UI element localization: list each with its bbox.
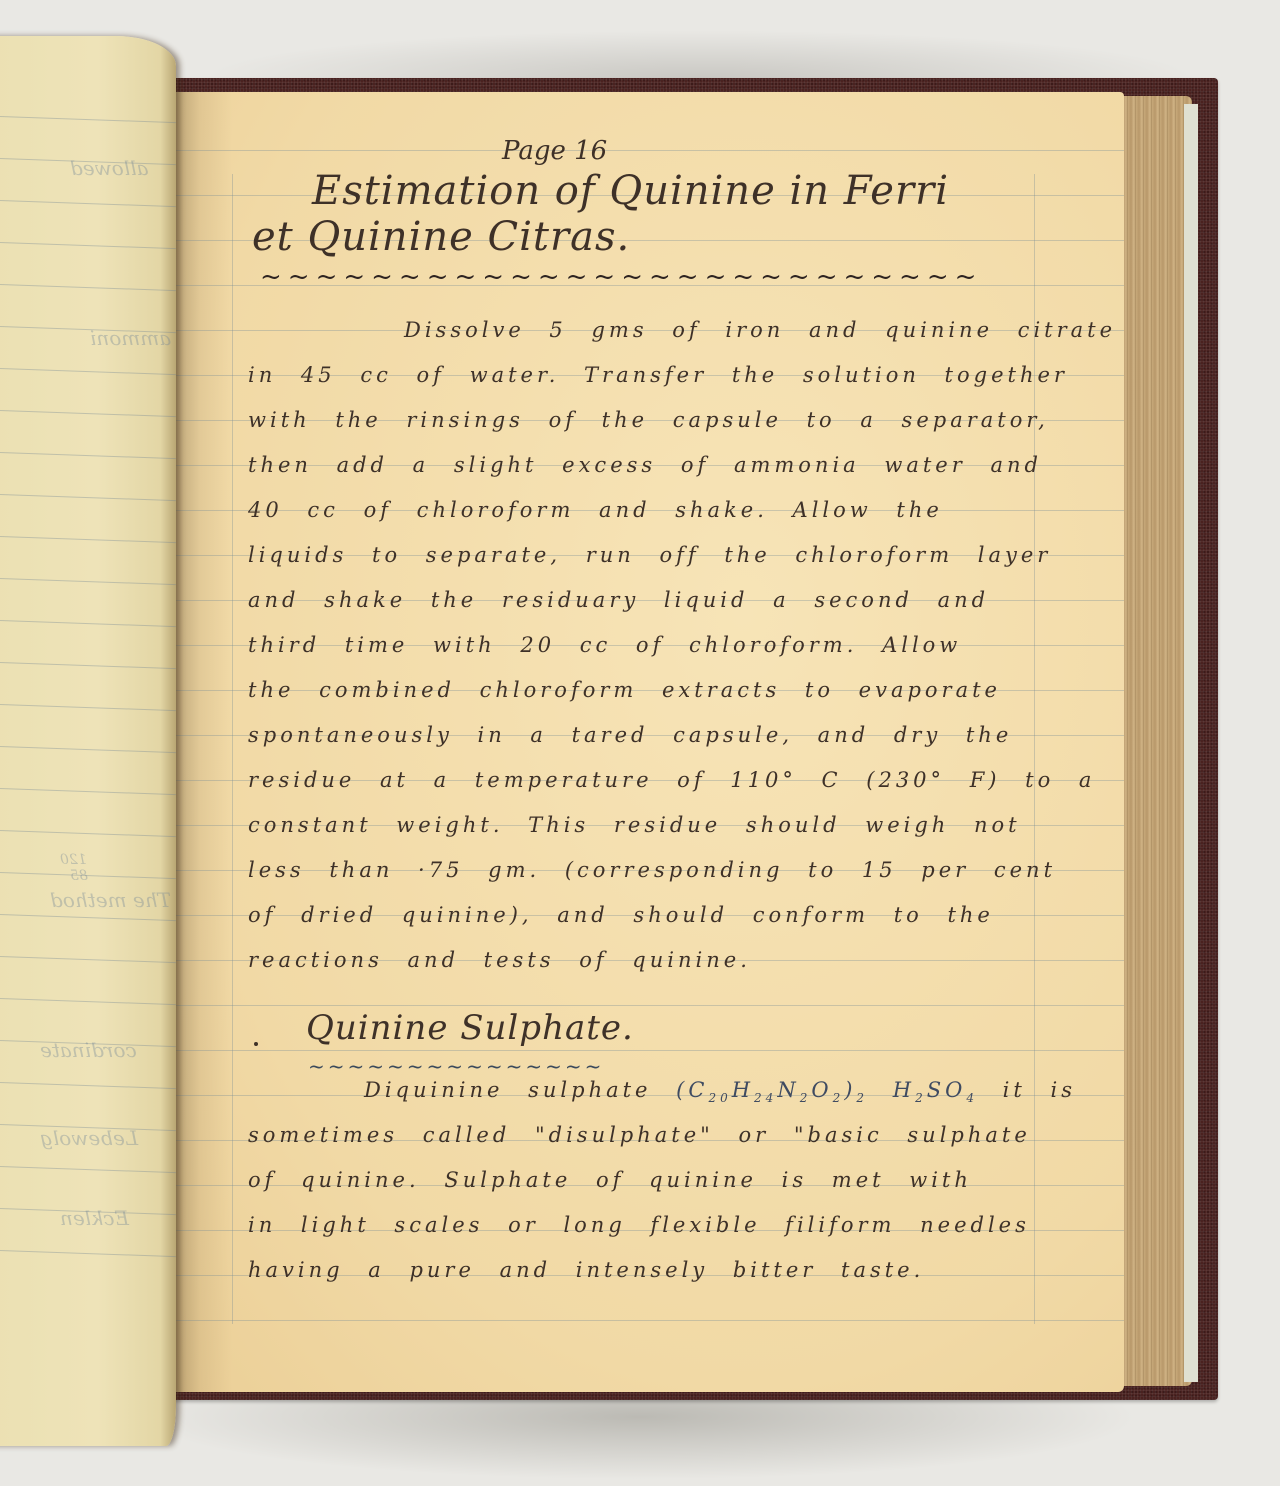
formula-lead-text: Diquinine sulphate	[364, 1078, 651, 1102]
ruled-line	[0, 1082, 176, 1089]
ruled-line	[172, 1005, 1124, 1006]
ruled-line	[0, 410, 176, 417]
ruled-line	[0, 872, 176, 879]
body-line: liquids to separate, run off the chlorof…	[248, 543, 1051, 567]
ruled-line	[0, 830, 176, 837]
bleed-through-text: 85	[70, 868, 88, 884]
right-margin-line	[1034, 174, 1035, 1324]
bleed-through-text: allowed	[70, 156, 149, 180]
body-line: third time with 20 cc of chloroform. All…	[248, 633, 961, 657]
body-line: the combined chloroform extracts to evap…	[248, 678, 1001, 702]
page-block-edges	[1120, 96, 1192, 1386]
ruled-line	[0, 578, 176, 585]
body-line: and shake the residuary liquid a second …	[248, 588, 989, 612]
ruled-line	[0, 200, 176, 207]
ruled-line	[0, 746, 176, 753]
title-flourish-underline: ~~~~~~~~~~~~~~~~~~~~~~~~~~	[260, 262, 982, 292]
body-line: of dried quinine), and should conform to…	[248, 903, 994, 927]
ruled-line	[172, 150, 1124, 151]
bleed-through-text: 120	[60, 852, 87, 868]
body-line: with the rinsings of the capsule to a se…	[248, 408, 1049, 432]
body-line: sometimes called "disulphate" or "basic …	[248, 1123, 1031, 1147]
body-line: reactions and tests of quinine.	[248, 948, 751, 972]
margin-dot	[254, 1042, 258, 1046]
ruled-line	[0, 116, 176, 123]
ruled-line	[0, 662, 176, 669]
body-line: in 45 cc of water. Transfer the solution…	[248, 363, 1068, 387]
book-shadow	[140, 1390, 1140, 1480]
page-number: Page 16	[502, 136, 607, 166]
body-line: having a pure and intensely bitter taste…	[248, 1258, 924, 1282]
body-line: of quinine. Sulphate of quinine is met w…	[248, 1168, 972, 1192]
body-line: less than ·75 gm. (corresponding to 15 p…	[248, 858, 1056, 882]
bleed-through-text: Ecklen	[60, 1206, 129, 1230]
formula-line: Diquinine sulphate (C20H24N2O2)2 H2SO4 i…	[364, 1078, 1076, 1105]
ruled-line	[0, 242, 176, 249]
bleed-through-text: The method	[50, 888, 171, 912]
body-line: in light scales or long flexible filifor…	[248, 1213, 1030, 1237]
body-line: constant weight. This residue should wei…	[248, 813, 1021, 837]
notebook-page-left: allowed ammoni 120 85 The method cordina…	[0, 36, 176, 1446]
ruled-line	[0, 452, 176, 459]
bleed-through-text: ammoni	[90, 326, 171, 350]
ruled-line	[0, 536, 176, 543]
bleed-through-text: cordinate	[40, 1038, 137, 1062]
ruled-line	[0, 998, 176, 1005]
ruled-line	[0, 704, 176, 711]
ruled-line	[172, 1050, 1124, 1051]
ruled-line	[0, 368, 176, 375]
ruled-line	[0, 494, 176, 501]
ruled-line	[0, 1250, 176, 1257]
body-line: 40 cc of chloroform and shake. Allow the	[248, 498, 943, 522]
ruled-line	[0, 1166, 176, 1173]
ruled-line	[0, 956, 176, 963]
subtitle-flourish-underline: ~~~~~~~~~~~~~~~	[308, 1054, 604, 1078]
formula-tail-text: it is	[1003, 1078, 1076, 1102]
notebook-page-right: Page 16 Estimation of Quinine in Ferri e…	[172, 92, 1124, 1392]
ruled-line	[0, 284, 176, 291]
body-line: residue at a temperature of 110° C (230°…	[248, 768, 1095, 792]
ruled-line	[172, 1320, 1124, 1321]
body-line: then add a slight excess of ammonia wate…	[248, 453, 1042, 477]
end-paper	[1184, 104, 1198, 1382]
ruled-line	[0, 620, 176, 627]
bleed-through-text: Lebewolg	[40, 1126, 138, 1150]
section-title-line1: Estimation of Quinine in Ferri	[312, 168, 949, 214]
body-line: Dissolve 5 gms of iron and quinine citra…	[404, 318, 1116, 342]
section-title: Quinine Sulphate.	[306, 1008, 634, 1048]
ruled-line	[0, 788, 176, 795]
chemical-formula: (C20H24N2O2)2 H2SO4	[676, 1078, 978, 1102]
ruled-line	[0, 914, 176, 921]
section-title-line2: et Quinine Citras.	[252, 214, 630, 260]
left-margin-line	[232, 174, 233, 1324]
body-line: spontaneously in a tared capsule, and dr…	[248, 723, 1012, 747]
